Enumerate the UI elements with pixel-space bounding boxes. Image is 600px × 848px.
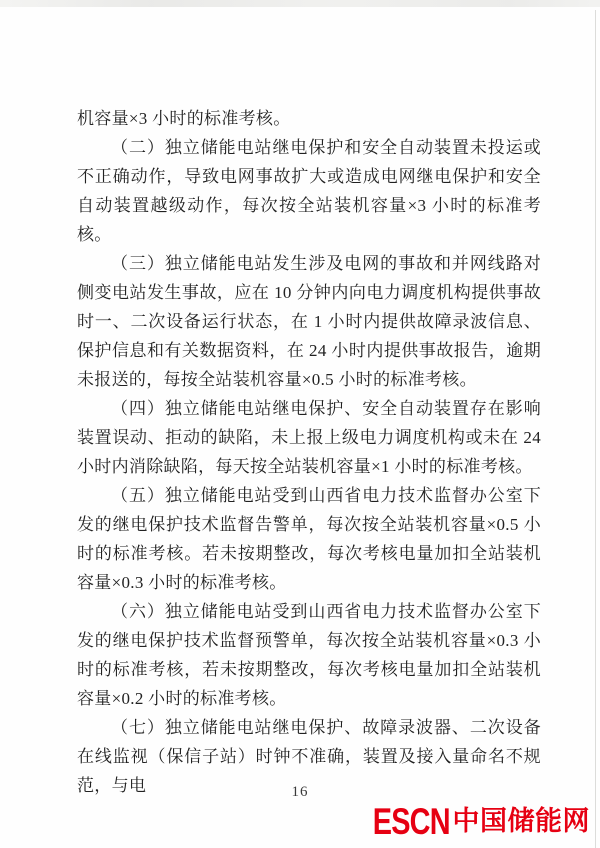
paragraph-item-6: （六）独立储能电站受到山西省电力技术监督办公室下发的继电保护技术监督预警单，每次… bbox=[77, 597, 541, 713]
paragraph-continuation: 机容量×3 小时的标准考核。 bbox=[77, 104, 541, 133]
escn-logo-text-en: ESCN bbox=[372, 803, 449, 840]
document-body: 机容量×3 小时的标准考核。 （二）独立储能电站继电保护和安全自动装置未投运或不… bbox=[77, 104, 541, 800]
paragraph-item-2: （二）独立储能电站继电保护和安全自动装置未投运或不正确动作，导致电网事故扩大或造… bbox=[77, 133, 541, 249]
paragraph-item-4: （四）独立储能电站继电保护、安全自动装置存在影响装置误动、拒动的缺陷，未上报上级… bbox=[77, 394, 541, 481]
page-number: 16 bbox=[0, 784, 600, 801]
document-page: 机容量×3 小时的标准考核。 （二）独立储能电站继电保护和安全自动装置未投运或不… bbox=[0, 0, 600, 848]
paragraph-item-5: （五）独立储能电站受到山西省电力技术监督办公室下发的继电保护技术监督告警单，每次… bbox=[77, 481, 541, 597]
scan-edge-right bbox=[595, 10, 596, 848]
paragraph-item-3: （三）独立储能电站发生涉及电网的事故和并网线路对侧变电站发生事故，应在 10 分… bbox=[77, 249, 541, 394]
escn-logo-text-zh: 中国储能网 bbox=[453, 808, 591, 835]
scan-edge-top bbox=[0, 0, 600, 7]
escn-logo: ESCN 中国储能网 bbox=[351, 803, 590, 840]
